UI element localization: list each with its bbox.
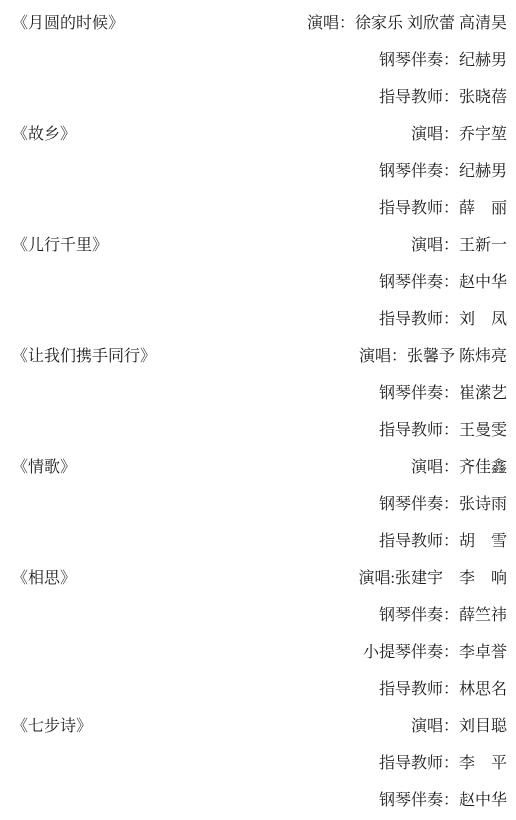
credit-text: 指导教师：胡 雪 — [12, 528, 507, 551]
program-row: 指导教师：林思名 — [12, 669, 507, 706]
program-row: 钢琴伴奏：赵中华 — [12, 262, 507, 299]
program-row: 指导教师：胡 雪 — [12, 521, 507, 558]
program-list: 《月圆的时候》 演唱：徐家乐 刘欣蕾 高清昊 钢琴伴奏：纪赫男 指导教师：张晓蓓… — [12, 3, 507, 817]
credit-text: 演唱：刘目聪 — [92, 713, 507, 736]
credit-text: 指导教师：张晓蓓 — [12, 84, 507, 107]
song-title: 《七步诗》 — [12, 713, 92, 736]
credit-text: 演唱：张馨予 陈炜亮 — [156, 343, 507, 366]
program-row: 钢琴伴奏：薛竺祎 — [12, 595, 507, 632]
credit-text: 指导教师：薛 丽 — [12, 195, 507, 218]
credit-text: 钢琴伴奏：崔潆艺 — [12, 380, 507, 403]
program-row: 《情歌》 演唱：齐佳鑫 — [12, 447, 507, 484]
program-row: 指导教师：李 平 — [12, 743, 507, 780]
song-title: 《故乡》 — [12, 121, 76, 144]
program-row: 钢琴伴奏：张诗雨 — [12, 484, 507, 521]
program-row: 钢琴伴奏：崔潆艺 — [12, 373, 507, 410]
program-row: 指导教师：张晓蓓 — [12, 77, 507, 114]
program-row: 指导教师：刘 凤 — [12, 299, 507, 336]
program-row: 《故乡》 演唱：乔宇堃 — [12, 114, 507, 151]
credit-text: 演唱：王新一 — [108, 232, 507, 255]
credit-text: 演唱：徐家乐 刘欣蕾 高清昊 — [124, 10, 507, 33]
program-row: 《让我们携手同行》 演唱：张馨予 陈炜亮 — [12, 336, 507, 373]
program-row: 钢琴伴奏：赵中华 — [12, 780, 507, 817]
credit-text: 指导教师：王曼雯 — [12, 417, 507, 440]
credit-text: 钢琴伴奏：赵中华 — [12, 269, 507, 292]
song-title: 《让我们携手同行》 — [12, 343, 156, 366]
credit-text: 钢琴伴奏：薛竺祎 — [12, 602, 507, 625]
credit-text: 演唱：乔宇堃 — [76, 121, 507, 144]
song-title: 《月圆的时候》 — [12, 10, 124, 33]
song-title: 《情歌》 — [12, 454, 76, 477]
credit-text: 指导教师：林思名 — [12, 676, 507, 699]
credit-text: 演唱:张建宇 李 响 — [76, 565, 507, 588]
credit-text: 钢琴伴奏：纪赫男 — [12, 47, 507, 70]
credit-text: 指导教师：李 平 — [12, 750, 507, 773]
song-title: 《儿行千里》 — [12, 232, 108, 255]
song-title: 《相思》 — [12, 565, 76, 588]
credit-text: 指导教师：刘 凤 — [12, 306, 507, 329]
credit-text: 钢琴伴奏：纪赫男 — [12, 158, 507, 181]
program-row: 《儿行千里》 演唱：王新一 — [12, 225, 507, 262]
program-row: 指导教师：王曼雯 — [12, 410, 507, 447]
program-document: 《月圆的时候》 演唱：徐家乐 刘欣蕾 高清昊 钢琴伴奏：纪赫男 指导教师：张晓蓓… — [0, 0, 516, 820]
credit-text: 钢琴伴奏：赵中华 — [12, 787, 507, 810]
program-row: 钢琴伴奏：纪赫男 — [12, 151, 507, 188]
program-row: 《七步诗》 演唱：刘目聪 — [12, 706, 507, 743]
program-row: 《月圆的时候》 演唱：徐家乐 刘欣蕾 高清昊 — [12, 3, 507, 40]
program-row: 小提琴伴奏：李卓誉 — [12, 632, 507, 669]
program-row: 《相思》 演唱:张建宇 李 响 — [12, 558, 507, 595]
program-row: 钢琴伴奏：纪赫男 — [12, 40, 507, 77]
credit-text: 小提琴伴奏：李卓誉 — [12, 639, 507, 662]
credit-text: 钢琴伴奏：张诗雨 — [12, 491, 507, 514]
credit-text: 演唱：齐佳鑫 — [76, 454, 507, 477]
program-row: 指导教师：薛 丽 — [12, 188, 507, 225]
